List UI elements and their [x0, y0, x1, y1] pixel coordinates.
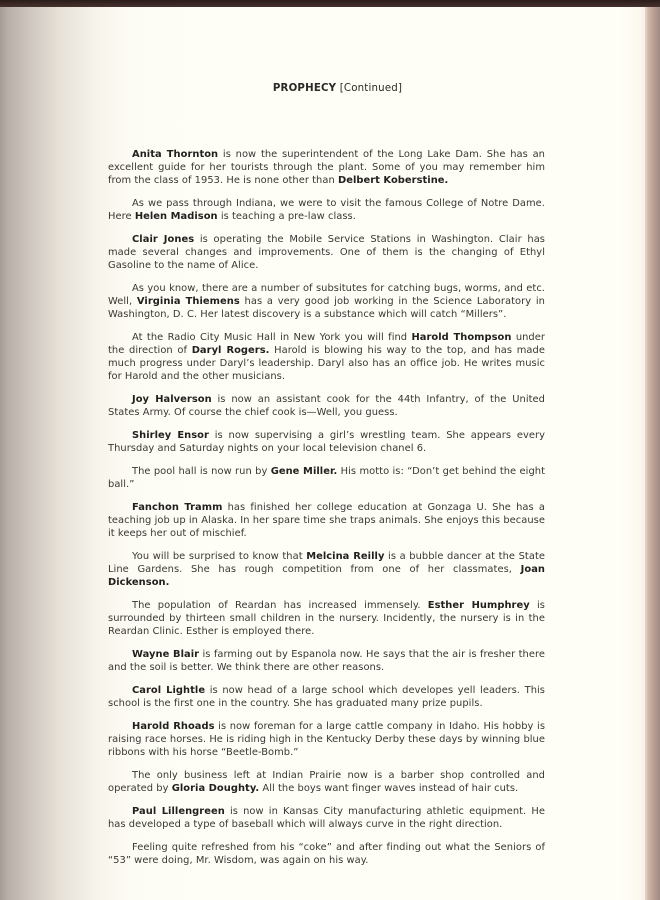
student-name: Paul Lillengreen: [132, 806, 225, 817]
prophecy-paragraphs: Anita Thornton is now the superintendent…: [108, 148, 545, 867]
student-name: Melcina Reilly: [306, 551, 384, 562]
closing-paragraph: Feeling quite refreshed from his “coke” …: [108, 841, 545, 867]
student-name: Carol Lightle: [132, 685, 205, 696]
student-name: Wayne Blair: [132, 649, 199, 660]
paragraph: Clair Jones is operating the Mobile Serv…: [108, 233, 545, 272]
paragraph-text: At the Radio City Music Hall in New York…: [132, 332, 411, 343]
paragraph: You will be surprised to know that Melci…: [108, 550, 545, 589]
student-name: Helen Madison: [135, 211, 218, 222]
page-stack-right-edge: [645, 7, 660, 900]
student-name: Esther Humphrey: [428, 600, 530, 611]
paragraph: The only business left at Indian Prairie…: [108, 769, 545, 795]
student-name: Daryl Rogers.: [192, 345, 270, 356]
paragraph-text: Feeling quite refreshed from his “coke” …: [108, 842, 545, 866]
paragraph: As we pass through Indiana, we were to v…: [108, 197, 545, 223]
scanned-yearbook-page: PROPHECY [Continued] Anita Thornton is n…: [0, 0, 660, 900]
student-name: Harold Thompson: [411, 332, 511, 343]
title-suffix: [Continued]: [340, 83, 402, 94]
paragraph: Wayne Blair is farming out by Espanola n…: [108, 648, 545, 674]
student-name: Clair Jones: [132, 234, 194, 245]
student-name: Virginia Thiemens: [137, 296, 240, 307]
paragraph: Carol Lightle is now head of a large sch…: [108, 684, 545, 710]
student-name: Delbert Koberstine.: [338, 175, 448, 186]
page-title: PROPHECY [Continued]: [130, 82, 545, 95]
paragraph-text: All the boys want finger waves instead o…: [259, 783, 518, 794]
student-name: Gloria Doughty.: [172, 783, 260, 794]
student-name: Shirley Ensor: [132, 430, 209, 441]
student-name: Harold Rhoads: [132, 721, 215, 732]
student-name: Anita Thornton: [132, 149, 218, 160]
paragraph: The pool hall is now run by Gene Miller.…: [108, 465, 545, 491]
paragraph: Harold Rhoads is now foreman for a large…: [108, 720, 545, 759]
paragraph: Joy Halverson is now an assistant cook f…: [108, 393, 545, 419]
page-content: PROPHECY [Continued] Anita Thornton is n…: [108, 82, 545, 877]
paragraph: Shirley Ensor is now supervising a girl’…: [108, 429, 545, 455]
paragraph: As you know, there are a number of subsi…: [108, 282, 545, 321]
paragraph: Paul Lillengreen is now in Kansas City m…: [108, 805, 545, 831]
paragraph-text: The population of Reardan has increased …: [132, 600, 428, 611]
paragraph: The population of Reardan has increased …: [108, 599, 545, 638]
paragraph-text: is teaching a pre-law class.: [218, 211, 356, 222]
paragraph: Anita Thornton is now the superintendent…: [108, 148, 545, 187]
paragraph-text: You will be surprised to know that: [132, 551, 306, 562]
student-name: Gene Miller.: [271, 466, 338, 477]
title-main: PROPHECY: [273, 83, 336, 94]
paragraph-text: The pool hall is now run by: [132, 466, 271, 477]
student-name: Fanchon Tramm: [132, 502, 222, 513]
paragraph: Fanchon Tramm has finished her college e…: [108, 501, 545, 540]
student-name: Joy Halverson: [132, 394, 212, 405]
paragraph: At the Radio City Music Hall in New York…: [108, 331, 545, 383]
